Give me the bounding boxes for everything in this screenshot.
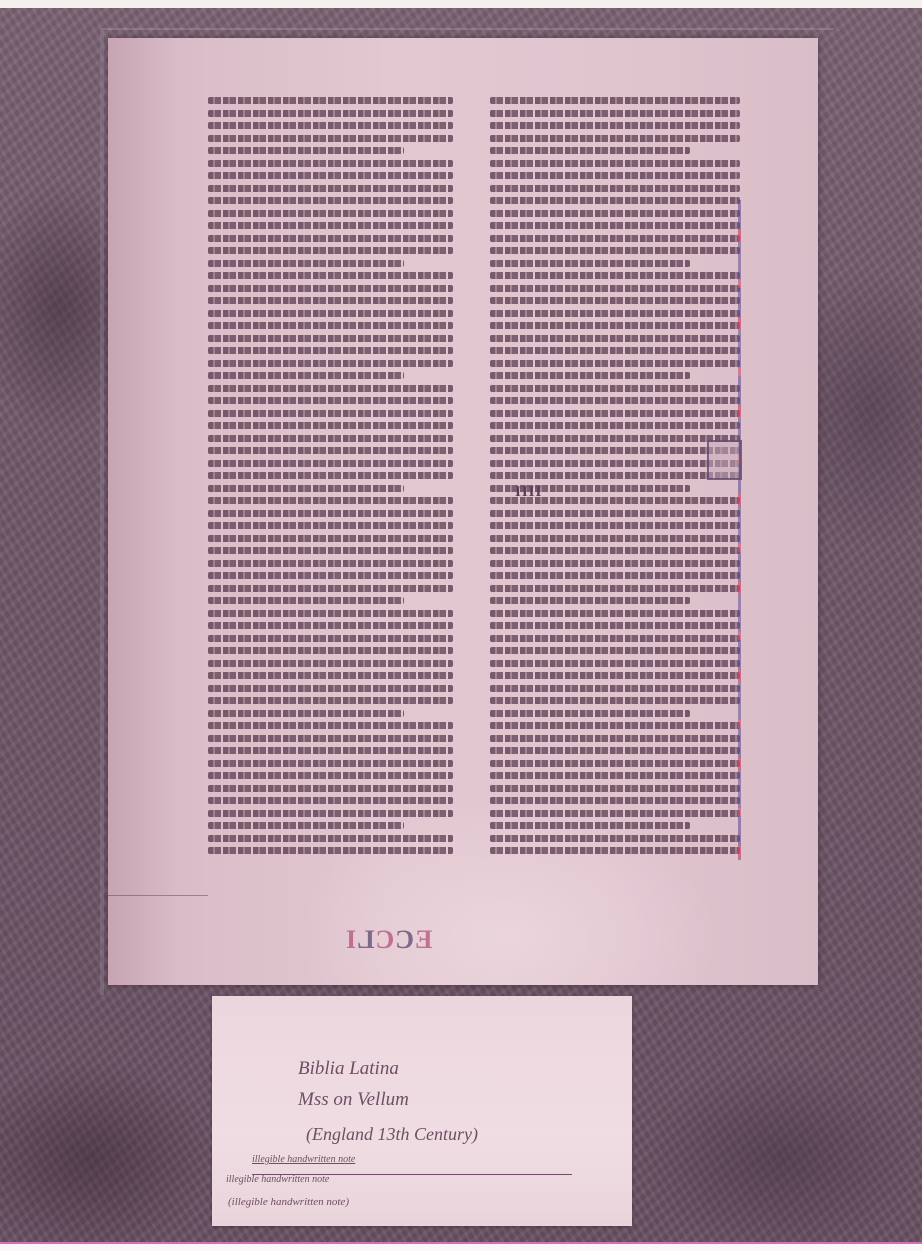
script-line bbox=[208, 235, 453, 242]
script-line bbox=[208, 572, 453, 579]
script-line bbox=[208, 585, 453, 592]
script-line bbox=[490, 772, 740, 779]
script-line bbox=[490, 797, 740, 804]
script-line bbox=[490, 685, 740, 692]
script-line bbox=[490, 210, 740, 217]
script-line bbox=[490, 747, 740, 754]
script-line bbox=[490, 560, 740, 567]
script-line bbox=[208, 360, 453, 367]
script-line bbox=[490, 297, 740, 304]
label-note-2: illegible handwritten note bbox=[226, 1174, 329, 1185]
header-letter: L bbox=[356, 925, 374, 954]
script-line bbox=[490, 110, 740, 117]
script-line bbox=[208, 372, 404, 379]
script-line bbox=[208, 222, 453, 229]
rubrication-margin-markers bbox=[738, 200, 741, 860]
label-note-1: illegible handwritten note bbox=[252, 1154, 355, 1165]
script-line bbox=[490, 710, 690, 717]
script-line bbox=[208, 597, 404, 604]
script-line bbox=[490, 235, 740, 242]
label-material: Mss on Vellum bbox=[298, 1089, 409, 1111]
script-line bbox=[208, 322, 453, 329]
script-line bbox=[490, 647, 740, 654]
chapter-numeral: IIII bbox=[515, 484, 542, 501]
decorated-initial bbox=[707, 440, 742, 480]
script-line bbox=[490, 197, 740, 204]
script-line bbox=[208, 510, 453, 517]
script-line bbox=[208, 560, 453, 567]
script-line bbox=[490, 660, 740, 667]
script-line bbox=[208, 685, 453, 692]
script-line bbox=[490, 147, 690, 154]
label-origin: (England 13th Century) bbox=[306, 1124, 478, 1145]
script-line bbox=[208, 697, 453, 704]
running-header: ECCLI bbox=[345, 925, 432, 955]
script-line bbox=[490, 510, 740, 517]
script-line bbox=[490, 460, 740, 467]
script-line bbox=[490, 347, 740, 354]
header-letter: E bbox=[414, 925, 432, 954]
script-line bbox=[208, 447, 453, 454]
script-line bbox=[490, 322, 740, 329]
script-line bbox=[490, 610, 740, 617]
script-line bbox=[490, 135, 740, 142]
script-line bbox=[208, 335, 453, 342]
script-line bbox=[490, 397, 740, 404]
script-line bbox=[208, 147, 404, 154]
script-line bbox=[490, 97, 740, 104]
script-line bbox=[490, 472, 740, 479]
label-title: Biblia Latina bbox=[298, 1058, 399, 1080]
script-line bbox=[208, 422, 453, 429]
script-line bbox=[208, 472, 453, 479]
script-line bbox=[208, 497, 453, 504]
vellum-fold-line bbox=[108, 895, 208, 896]
script-line bbox=[208, 797, 453, 804]
script-line bbox=[490, 822, 690, 829]
script-line bbox=[208, 522, 453, 529]
script-line bbox=[208, 835, 453, 842]
script-line bbox=[208, 172, 453, 179]
script-line bbox=[208, 310, 453, 317]
script-line bbox=[208, 635, 453, 642]
script-line bbox=[208, 122, 453, 129]
header-letter: C bbox=[394, 925, 414, 954]
top-border-strip bbox=[0, 0, 922, 8]
script-line bbox=[208, 285, 453, 292]
script-line bbox=[490, 185, 740, 192]
script-line bbox=[208, 435, 453, 442]
script-line bbox=[208, 460, 453, 467]
script-line bbox=[208, 660, 453, 667]
script-line bbox=[208, 785, 453, 792]
script-line bbox=[208, 485, 404, 492]
script-line bbox=[490, 222, 740, 229]
script-line bbox=[208, 135, 453, 142]
script-line bbox=[208, 810, 453, 817]
script-line bbox=[490, 285, 740, 292]
script-line bbox=[490, 272, 740, 279]
script-line bbox=[490, 385, 740, 392]
script-line bbox=[208, 185, 453, 192]
script-line bbox=[208, 847, 453, 854]
script-line bbox=[490, 847, 740, 854]
script-line bbox=[490, 360, 740, 367]
script-line bbox=[208, 622, 453, 629]
script-line bbox=[490, 622, 740, 629]
script-line bbox=[490, 172, 740, 179]
script-line bbox=[490, 160, 740, 167]
script-line bbox=[208, 735, 453, 742]
script-line bbox=[490, 372, 690, 379]
script-line bbox=[490, 697, 740, 704]
script-line bbox=[208, 410, 453, 417]
script-line bbox=[490, 547, 740, 554]
script-line bbox=[490, 535, 740, 542]
script-line bbox=[208, 385, 453, 392]
script-line bbox=[208, 710, 404, 717]
script-line bbox=[490, 735, 740, 742]
header-letter: C bbox=[374, 925, 394, 954]
script-line bbox=[490, 760, 740, 767]
script-line bbox=[490, 410, 740, 417]
script-line bbox=[490, 247, 740, 254]
identification-card: Biblia Latina Mss on Vellum (England 13t… bbox=[212, 996, 632, 1226]
script-line bbox=[490, 572, 740, 579]
script-line bbox=[208, 747, 453, 754]
script-line bbox=[208, 260, 404, 267]
script-line bbox=[208, 110, 453, 117]
script-line bbox=[490, 422, 740, 429]
script-line bbox=[208, 297, 453, 304]
label-note-3: (illegible handwritten note) bbox=[228, 1196, 349, 1208]
script-line bbox=[208, 535, 453, 542]
script-line bbox=[208, 722, 453, 729]
script-line bbox=[208, 547, 453, 554]
script-line bbox=[490, 585, 740, 592]
script-line bbox=[208, 347, 453, 354]
text-column-right bbox=[490, 97, 740, 867]
script-line bbox=[490, 597, 690, 604]
text-column-left bbox=[208, 97, 453, 867]
script-line bbox=[490, 310, 740, 317]
header-letter: I bbox=[345, 925, 356, 954]
script-line bbox=[208, 160, 453, 167]
script-line bbox=[490, 672, 740, 679]
script-line bbox=[490, 722, 740, 729]
script-line bbox=[490, 447, 740, 454]
script-line bbox=[490, 435, 740, 442]
script-line bbox=[208, 397, 453, 404]
script-line bbox=[208, 97, 453, 104]
script-line bbox=[208, 610, 453, 617]
script-line bbox=[490, 635, 740, 642]
script-line bbox=[208, 760, 453, 767]
script-line bbox=[208, 647, 453, 654]
script-line bbox=[490, 810, 740, 817]
script-line bbox=[208, 197, 453, 204]
script-line bbox=[208, 822, 404, 829]
script-line bbox=[490, 335, 740, 342]
script-line bbox=[208, 772, 453, 779]
script-line bbox=[490, 785, 740, 792]
script-line bbox=[208, 210, 453, 217]
bottom-border-strip bbox=[0, 1242, 922, 1251]
script-line bbox=[208, 272, 453, 279]
script-line bbox=[490, 522, 740, 529]
script-line bbox=[208, 672, 453, 679]
script-line bbox=[490, 835, 740, 842]
script-line bbox=[490, 122, 740, 129]
script-line bbox=[490, 260, 690, 267]
script-line bbox=[208, 247, 453, 254]
